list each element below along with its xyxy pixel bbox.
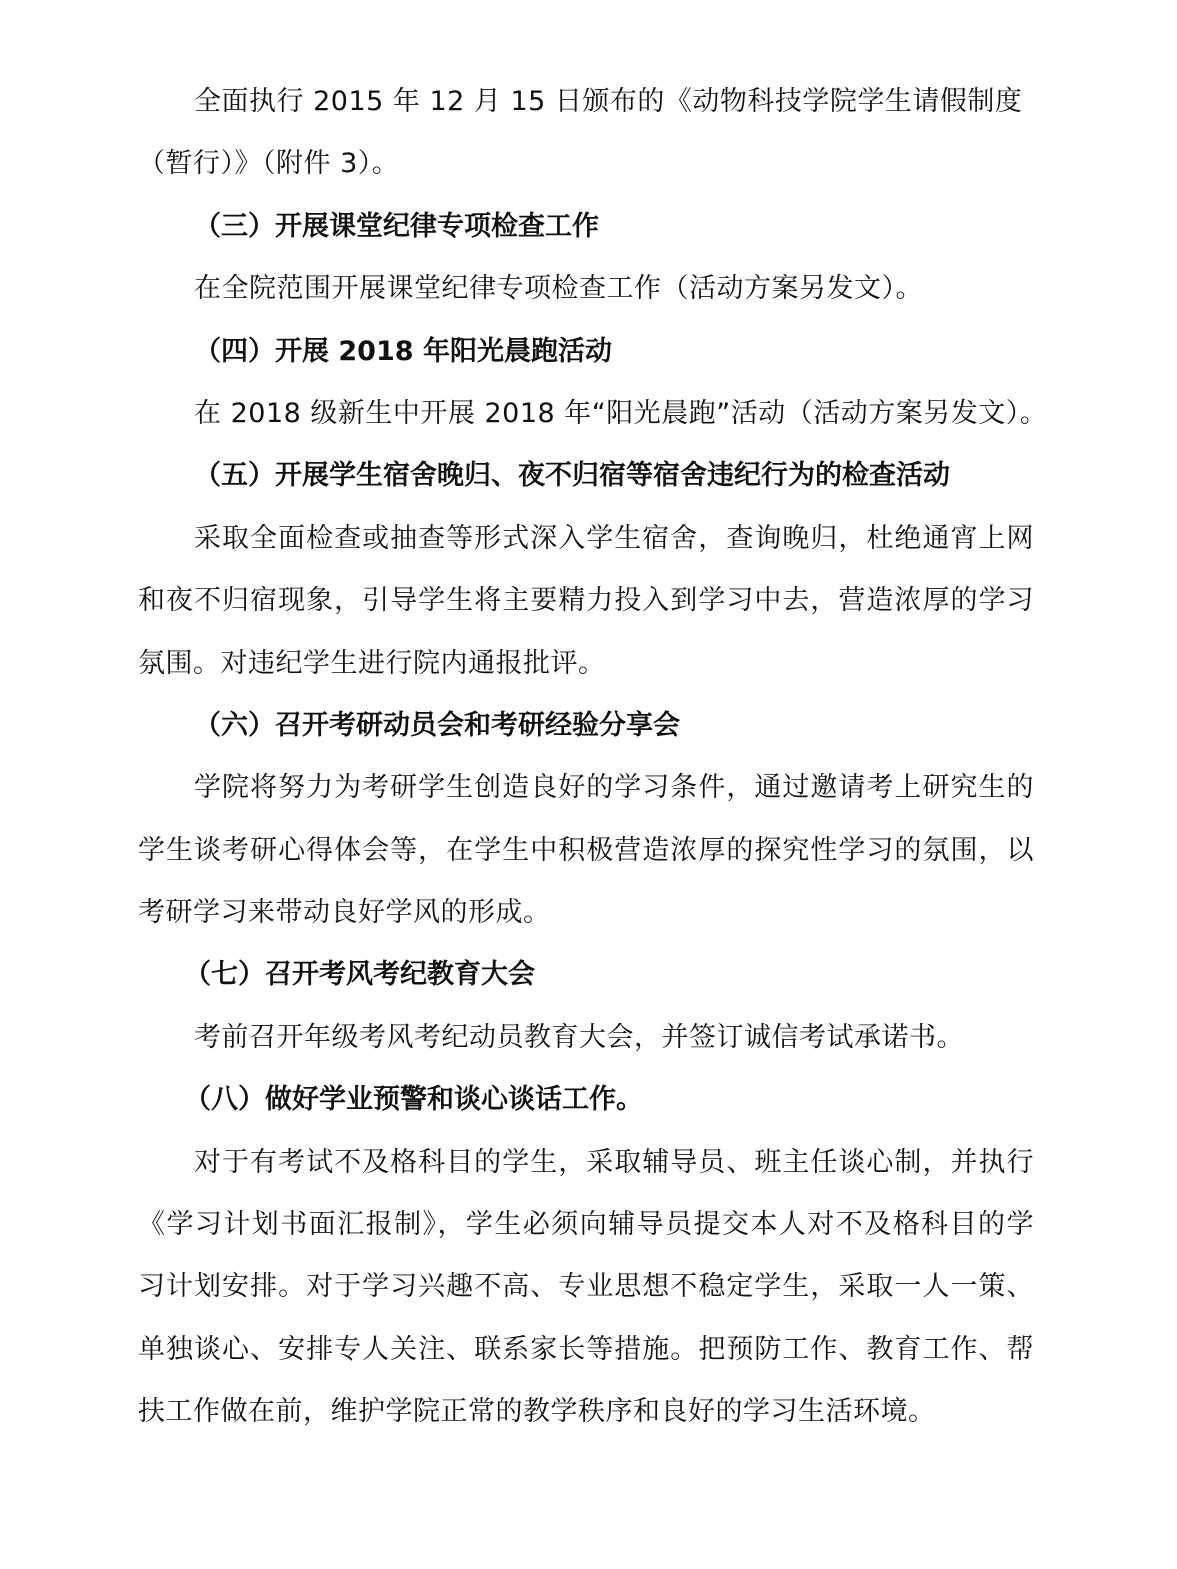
paragraph-line: 对于有考试不及格科目的学生，采取辅导员、班主任谈心制，并执行 [138, 1132, 1034, 1194]
paragraph-line: 在全院范围开展课堂纪律专项检查工作（活动方案另发文）。 [138, 258, 1034, 320]
paragraph-line: 在 2018 级新生中开展 2018 年“阳光晨跑”活动（活动方案另发文）。 [138, 383, 1034, 445]
paragraph-line: 单独谈心、安排专人关注、联系家长等措施。把预防工作、教育工作、帮 [138, 1319, 1034, 1381]
paragraph-line: 考研学习来带动良好学风的形成。 [138, 882, 1034, 944]
paragraph-line: 习计划安排。对于学习兴趣不高、专业思想不稳定学生，采取一人一策、 [138, 1256, 1034, 1318]
paragraph-line: 《学习计划书面汇报制》，学生必须向辅导员提交本人对不及格科目的学 [138, 1194, 1034, 1256]
section-heading-3: （三）开展课堂纪律专项检查工作 [138, 196, 1034, 258]
paragraph-line: 氛围。对违纪学生进行院内通报批评。 [138, 633, 1034, 695]
paragraph-line: 扶工作做在前，维护学院正常的教学秩序和良好的学习生活环境。 [138, 1381, 1034, 1443]
paragraph-line: 学生谈考研心得体会等，在学生中积极营造浓厚的探究性学习的氛围，以 [138, 820, 1034, 882]
section-heading-4: （四）开展 2018 年阳光晨跑活动 [138, 321, 1034, 383]
section-heading-8: （八）做好学业预警和谈心谈话工作。 [138, 1069, 1034, 1131]
section-heading-5: （五）开展学生宿舍晚归、夜不归宿等宿舍违纪行为的检查活动 [138, 445, 1034, 507]
document-page: 全面执行 2015 年 12 月 15 日颁布的《动物科技学院学生请假制度 （暂… [138, 71, 1034, 1444]
section-heading-6: （六）召开考研动员会和考研经验分享会 [138, 695, 1034, 757]
paragraph-line: 考前召开年级考风考纪动员教育大会，并签订诚信考试承诺书。 [138, 1007, 1034, 1069]
paragraph-line: 和夜不归宿现象，引导学生将主要精力投入到学习中去，营造浓厚的学习 [138, 570, 1034, 632]
paragraph-line: 学院将努力为考研学生创造良好的学习条件，通过邀请考上研究生的 [138, 757, 1034, 819]
paragraph-line: 采取全面检查或抽查等形式深入学生宿舍，查询晚归，杜绝通宵上网 [138, 508, 1034, 570]
section-heading-7: （七）召开考风考纪教育大会 [138, 944, 1034, 1006]
paragraph-line: （暂行）》（附件 3）。 [138, 133, 1034, 195]
paragraph-line: 全面执行 2015 年 12 月 15 日颁布的《动物科技学院学生请假制度 [138, 71, 1034, 133]
